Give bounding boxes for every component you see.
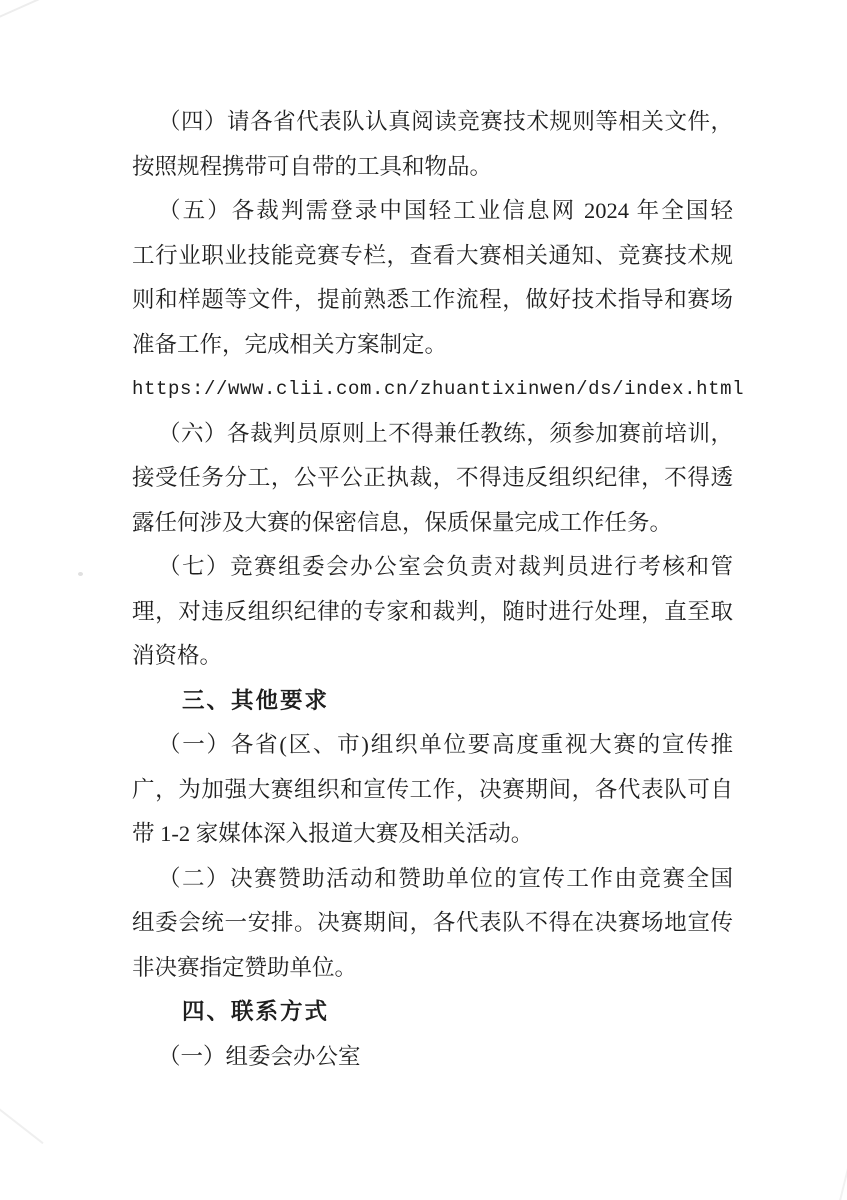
- text-line: （一）组委会办公室: [132, 1035, 733, 1080]
- scan-artifact-bottom-left: [0, 1102, 44, 1144]
- text-line: （二）决赛赞助活动和赞助单位的宣传工作由竞赛全国: [132, 857, 733, 902]
- scanned-document-page: （四）请各省代表队认真阅读竞赛技术规则等相关文件，按照规程携带可自带的工具和物品…: [0, 0, 847, 1200]
- text-line: （一）各省(区、市)组织单位要高度重视大赛的宣传推: [132, 723, 733, 768]
- text-line: 则和样题等文件，提前熟悉工作流程，做好技术指导和赛场: [132, 278, 733, 323]
- text-line: 消资格。: [132, 634, 733, 679]
- scan-artifact-top-left: [0, 0, 44, 22]
- section-heading: 四、联系方式: [132, 990, 733, 1035]
- text-line: 组委会统一安排。决赛期间，各代表队不得在决赛场地宣传: [132, 901, 733, 946]
- text-line: 接受任务分工，公平公正执裁，不得违反组织纪律，不得透: [132, 456, 733, 501]
- text-line: 带 1-2 家媒体深入报道大赛及相关活动。: [132, 812, 733, 857]
- document-body: （四）请各省代表队认真阅读竞赛技术规则等相关文件，按照规程携带可自带的工具和物品…: [132, 100, 733, 1079]
- scan-artifact-speck: [78, 572, 83, 576]
- text-line: （六）各裁判员原则上不得兼任教练，须参加赛前培训，: [132, 412, 733, 457]
- section-heading: 三、其他要求: [132, 679, 733, 724]
- text-line: 理，对违反组织纪律的专家和裁判，随时进行处理，直至取: [132, 590, 733, 635]
- text-line: （七）竞赛组委会办公室会负责对裁判员进行考核和管: [132, 545, 733, 590]
- text-line: 按照规程携带可自带的工具和物品。: [132, 145, 733, 190]
- text-line: 露任何涉及大赛的保密信息，保质保量完成工作任务。: [132, 501, 733, 546]
- text-line: 准备工作，完成相关方案制定。: [132, 323, 733, 368]
- text-line: 广，为加强大赛组织和宣传工作，决赛期间，各代表队可自: [132, 768, 733, 813]
- text-line: （四）请各省代表队认真阅读竞赛技术规则等相关文件，: [132, 100, 733, 145]
- scan-artifact-bottom-right: [839, 1119, 847, 1200]
- url-line: https://www.clii.com.cn/zhuantixinwen/ds…: [132, 367, 733, 412]
- text-line: 工行业职业技能竞赛专栏，查看大赛相关通知、竞赛技术规: [132, 234, 733, 279]
- text-line: 非决赛指定赞助单位。: [132, 946, 733, 991]
- text-line: （五）各裁判需登录中国轻工业信息网 2024 年全国轻: [132, 189, 733, 234]
